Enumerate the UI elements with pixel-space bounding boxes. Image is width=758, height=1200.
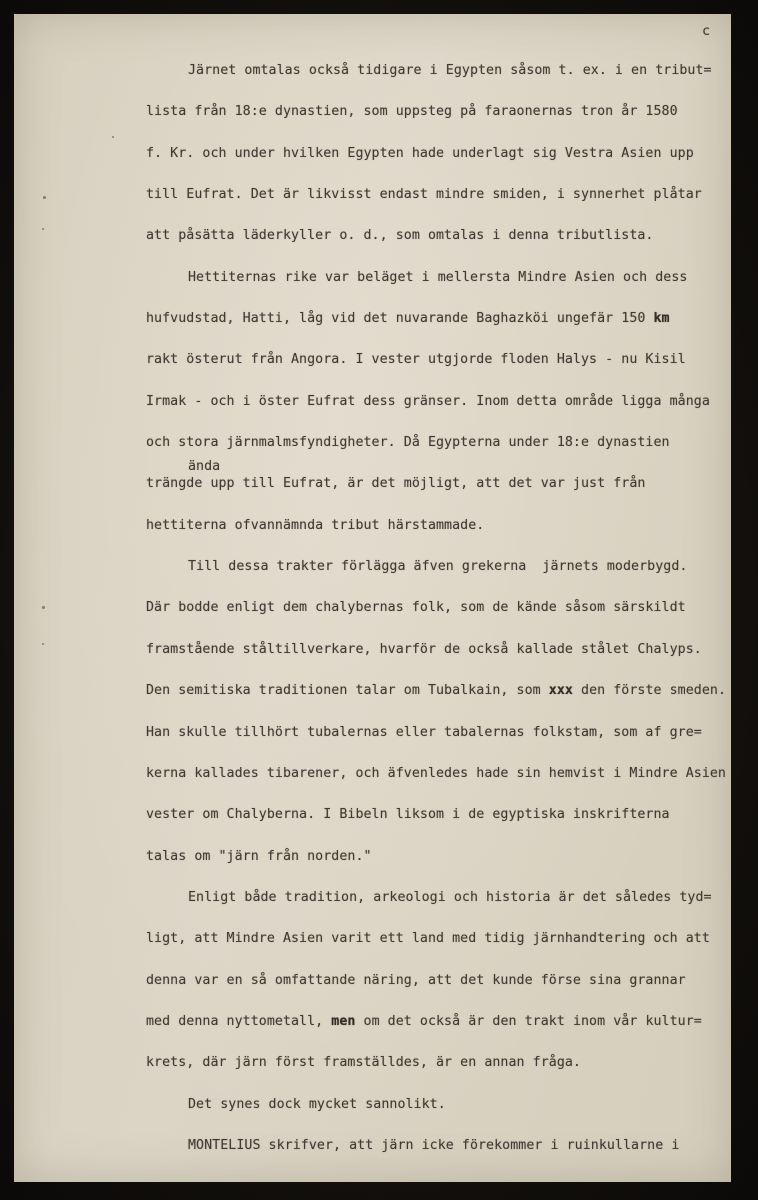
text-line: ändaträngde upp till Eufrat, är det möjl… [146, 476, 736, 517]
text-segment: den förste smeden. [573, 683, 726, 698]
text-segment: framstående ståltillverkare, hvarför de … [146, 642, 702, 657]
text-segment: kerna kallades tibarener, och äfvenledes… [146, 766, 726, 781]
text-segment: Enligt både tradition, arkeologi och his… [188, 890, 712, 905]
text-line: framstående ståltillverkare, hvarför de … [146, 642, 736, 683]
text-segment: MONTELIUS skrifver, att järn icke föreko… [188, 1138, 679, 1153]
text-line: rakt österut från Angora. I vester utgjo… [146, 352, 736, 393]
text-segment: trängde upp till Eufrat, är det möjligt,… [146, 476, 645, 491]
text-line: denna var en så omfattande näring, att d… [146, 973, 736, 1014]
paper-speck [42, 643, 44, 645]
text-segment: och stora järnmalmsfyndigheter. Då Egypt… [146, 435, 670, 450]
text-segment: Den semitiska traditionen talar om Tubal… [146, 683, 549, 698]
text-segment: krets, där järn först framställdes, är e… [146, 1055, 581, 1070]
text-segment: lista från 18:e dynastien, som uppsteg p… [146, 104, 678, 119]
text-line: f. Kr. och under hvilken Egypten hade un… [146, 146, 736, 187]
text-segment: om det också är den trakt inom vår kultu… [355, 1014, 701, 1029]
text-segment: ligt, att Mindre Asien varit ett land me… [146, 931, 710, 946]
text-line: talas om "järn från norden." [146, 849, 736, 890]
text-line: kerna kallades tibarener, och äfvenledes… [146, 766, 736, 807]
text-line: Till dessa trakter förlägga äfven greker… [146, 559, 736, 600]
typewritten-text-block: Järnet omtalas också tidigare i Egypten … [146, 63, 736, 1179]
text-line: Irmak - och i öster Eufrat dess gränser.… [146, 394, 736, 435]
text-segment: vester om Chalyberna. I Bibeln liksom i … [146, 807, 670, 822]
text-line: vester om Chalyberna. I Bibeln liksom i … [146, 807, 736, 848]
text-segment: Där bodde enligt dem chalybernas folk, s… [146, 600, 686, 615]
text-line: krets, där järn först framställdes, är e… [146, 1055, 736, 1096]
text-line: hufvudstad, Hatti, låg vid det nuvarande… [146, 311, 736, 352]
text-line: lista från 18:e dynastien, som uppsteg p… [146, 104, 736, 145]
text-segment: att påsätta läderkyller o. d., som omtal… [146, 228, 654, 243]
text-segment: med denna nyttometall, [146, 1014, 331, 1029]
text-line: Hettiternas rike var beläget i mellersta… [146, 270, 736, 311]
text-line: hettiterna ofvannämnda tribut härstammad… [146, 518, 736, 559]
text-line: att påsätta läderkyller o. d., som omtal… [146, 228, 736, 269]
text-segment: talas om "järn från norden." [146, 849, 372, 864]
text-segment: rakt österut från Angora. I vester utgjo… [146, 352, 686, 367]
text-segment: Till dessa trakter förlägga äfven greker… [188, 559, 687, 574]
text-segment: hettiterna ofvannämnda tribut härstammad… [146, 518, 484, 533]
text-segment: Han skulle tillhört tubalernas eller tab… [146, 725, 702, 740]
text-line: ligt, att Mindre Asien varit ett land me… [146, 931, 736, 972]
overstruck-text: km [654, 311, 670, 326]
overstruck-text: men [331, 1014, 355, 1029]
document-page: c Järnet omtalas också tidigare i Egypte… [14, 14, 731, 1182]
text-segment: Järnet omtalas också tidigare i Egypten … [188, 63, 712, 78]
text-line: Järnet omtalas också tidigare i Egypten … [146, 63, 736, 104]
text-line: MONTELIUS skrifver, att järn icke föreko… [146, 1138, 736, 1179]
text-segment: Det synes dock mycket sannolikt. [188, 1097, 446, 1112]
overstruck-text: xxx [549, 683, 573, 698]
text-line: med denna nyttometall, men om det också … [146, 1014, 736, 1055]
text-line: Den semitiska traditionen talar om Tubal… [146, 683, 736, 724]
paper-speck [42, 606, 45, 609]
text-line: Det synes dock mycket sannolikt. [146, 1097, 736, 1138]
text-line: och stora järnmalmsfyndigheter. Då Egypt… [146, 435, 736, 476]
text-line: Han skulle tillhört tubalernas eller tab… [146, 725, 736, 766]
text-segment: denna var en så omfattande näring, att d… [146, 973, 686, 988]
paper-speck [112, 136, 114, 138]
inserted-word: ända [188, 459, 220, 475]
text-line: till Eufrat. Det är likvisst endast mind… [146, 187, 736, 228]
scan-background: c Järnet omtalas också tidigare i Egypte… [0, 0, 758, 1200]
text-segment: till Eufrat. Det är likvisst endast mind… [146, 187, 702, 202]
paper-speck [43, 196, 46, 199]
text-segment: Hettiternas rike var beläget i mellersta… [188, 270, 687, 285]
paper-speck [42, 228, 44, 230]
page-corner-mark: c [702, 23, 710, 39]
text-segment: hufvudstad, Hatti, låg vid det nuvarande… [146, 311, 654, 326]
text-line: Där bodde enligt dem chalybernas folk, s… [146, 600, 736, 641]
text-segment: Irmak - och i öster Eufrat dess gränser.… [146, 394, 710, 409]
text-line: Enligt både tradition, arkeologi och his… [146, 890, 736, 931]
text-segment: f. Kr. och under hvilken Egypten hade un… [146, 146, 694, 161]
